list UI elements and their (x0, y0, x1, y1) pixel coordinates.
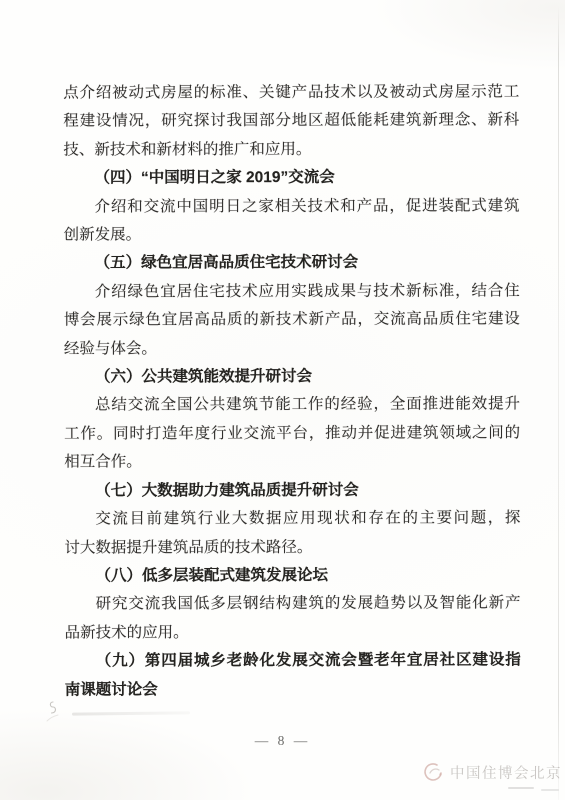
scan-dash (541, 789, 559, 791)
body-line: 工作。同时打造年度行业交流平台，推动并促进建筑领域之间的 (64, 419, 520, 449)
body-line: 技、新技术和新材料的推广和应用。 (63, 135, 519, 165)
body-line: 介绍和交流中国明日之家相关技术和产品，促进装配式建筑 (63, 192, 519, 222)
watermark: 中国住博会北京 (421, 760, 562, 784)
document-body: 点介绍被动式房屋的标准、关键产品技术以及被动式房屋示范工 程建设情况，研究探讨我… (63, 78, 521, 704)
body-line: 经验与体会。 (64, 334, 520, 364)
scan-smudge (72, 711, 190, 715)
section-heading: （七）大数据助力建筑品质提升研讨会 (64, 476, 520, 506)
body-line: 点介绍被动式房屋的标准、关键产品技术以及被动式房屋示范工 (63, 78, 519, 108)
section-heading: （八）低多层装配式建筑发展论坛 (64, 561, 520, 591)
body-line: 创新发展。 (64, 220, 520, 250)
scanned-document-page: 点介绍被动式房屋的标准、关键产品技术以及被动式房屋示范工 程建设情况，研究探讨我… (0, 0, 565, 800)
scan-dash (508, 787, 534, 789)
body-line: 交流目前建筑行业大数据应用现状和存在的主要问题，探 (64, 504, 520, 534)
section-heading: 南课题讨论会 (65, 675, 521, 705)
body-line: 博会展示绿色宜居高品质的新技术新产品，交流高品质住宅建设 (64, 306, 520, 336)
body-line: 介绍绿色宜居住宅技术应用实践成果与技术新标准，结合住 (64, 277, 520, 307)
body-line: 研究交流我国低多层钢结构建筑的发展趋势以及智能化新产 (65, 590, 521, 620)
scan-edge-artifact (558, 6, 560, 800)
section-heading: （六）公共建筑能效提升研讨会 (64, 362, 520, 392)
body-line: 程建设情况，研究探讨我国部分地区超低能耗建筑新理念、新科 (63, 107, 519, 137)
body-line: 品新技术的应用。 (65, 618, 521, 648)
section-heading: （四）“中国明日之家 2019”交流会 (63, 164, 519, 194)
body-line: 相互合作。 (64, 448, 520, 478)
page-number: — 8 — (0, 733, 565, 749)
swirl-logo-icon (421, 760, 445, 784)
body-line: 讨大数据提升建筑品质的技术路径。 (64, 533, 520, 563)
watermark-label: 中国住博会北京 (450, 762, 562, 783)
section-heading: （九）第四届城乡老龄化发展交流会暨老年宜居社区建设指 (65, 647, 521, 677)
body-line: 总结交流全国公共建筑节能工作的经验，全面推进能效提升 (64, 391, 520, 421)
section-heading: （五）绿色宜居高品质住宅技术研讨会 (64, 249, 520, 279)
pencil-mark (44, 699, 64, 730)
